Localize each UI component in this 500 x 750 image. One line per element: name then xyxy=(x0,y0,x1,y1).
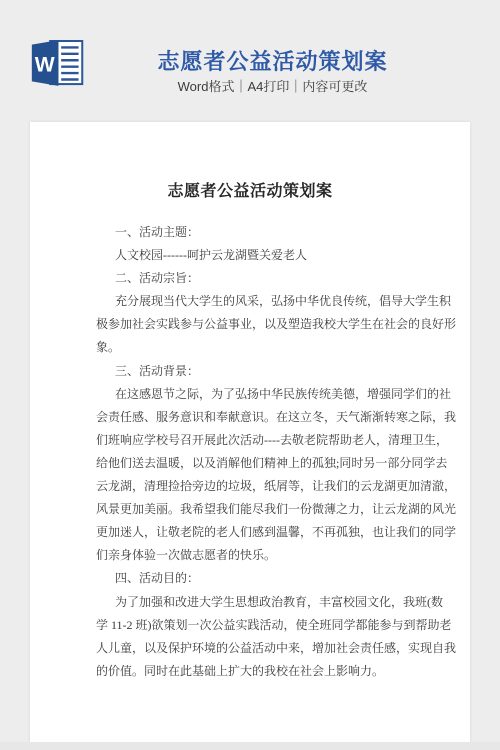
document-page: 志愿者公益活动策划案 一、活动主题： 人文校园------呵护云龙湖暨关爱老人 … xyxy=(30,122,470,742)
doc-line: 学 11-2 班)欲策划一次公益实践活动，使全班同学都能参与到帮助老 xyxy=(96,614,452,637)
preview-header: W 志愿者公益活动策划案 Word格式｜A4打印｜内容可更改 xyxy=(0,0,500,122)
header-title: 志愿者公益活动策划案 xyxy=(45,45,500,76)
doc-line: 们班响应学校号召开展此次活动----去敬老院帮助老人，清理卫生， xyxy=(96,429,452,452)
doc-line: 象。 xyxy=(96,336,452,359)
doc-line: 云龙湖，清理捡拾旁边的垃圾，纸屑等，让我们的云龙湖更加清澈， xyxy=(96,475,452,498)
doc-line: 更加迷人，让敬老院的老人们感到温馨，不再孤独，也让我们的同学 xyxy=(96,521,452,544)
doc-line: 会责任感、服务意识和奉献意识。在这立冬，天气渐渐转寒之际，我 xyxy=(96,406,452,429)
doc-line: 人文校园------呵护云龙湖暨关爱老人 xyxy=(96,244,452,267)
doc-line: 四、活动目的： xyxy=(96,567,452,590)
doc-line: 二、活动宗旨： xyxy=(96,267,452,290)
doc-line: 们亲身体验一次做志愿者的快乐。 xyxy=(96,544,452,567)
doc-line: 充分展现当代大学生的风采，弘扬中华优良传统，倡导大学生积 xyxy=(96,290,452,313)
header-subtitle: Word格式｜A4打印｜内容可更改 xyxy=(45,76,500,95)
doc-line: 一、活动主题： xyxy=(96,221,452,244)
doc-line: 极参加社会实践参与公益事业，以及塑造我校大学生在社会的良好形 xyxy=(96,313,452,336)
doc-line: 的价值。同时在此基础上扩大的我校在社会上影响力。 xyxy=(96,660,452,683)
document-body: 一、活动主题： 人文校园------呵护云龙湖暨关爱老人 二、活动宗旨： 充分展… xyxy=(96,221,452,683)
doc-line: 三、活动背景： xyxy=(96,360,452,383)
doc-line: 给他们送去温暖，以及消解他们精神上的孤独;同时另一部分同学去 xyxy=(96,452,452,475)
doc-line: 为了加强和改进大学生思想政治教育，丰富校园文化，我班(数 xyxy=(96,591,452,614)
doc-line: 在这感恩节之际，为了弘扬中华民族传统美德，增强同学们的社 xyxy=(96,383,452,406)
doc-line: 人儿童，以及保护环境的公益活动中来，增加社会责任感，实现自我 xyxy=(96,637,452,660)
template-preview: W 志愿者公益活动策划案 Word格式｜A4打印｜内容可更改 志愿者公益活动策划… xyxy=(0,0,500,750)
bottom-strip xyxy=(0,742,500,750)
document-title: 志愿者公益活动策划案 xyxy=(30,178,470,201)
doc-line: 风景更加美丽。我希望我们能尽我们一份微薄之力，让云龙湖的风光 xyxy=(96,498,452,521)
